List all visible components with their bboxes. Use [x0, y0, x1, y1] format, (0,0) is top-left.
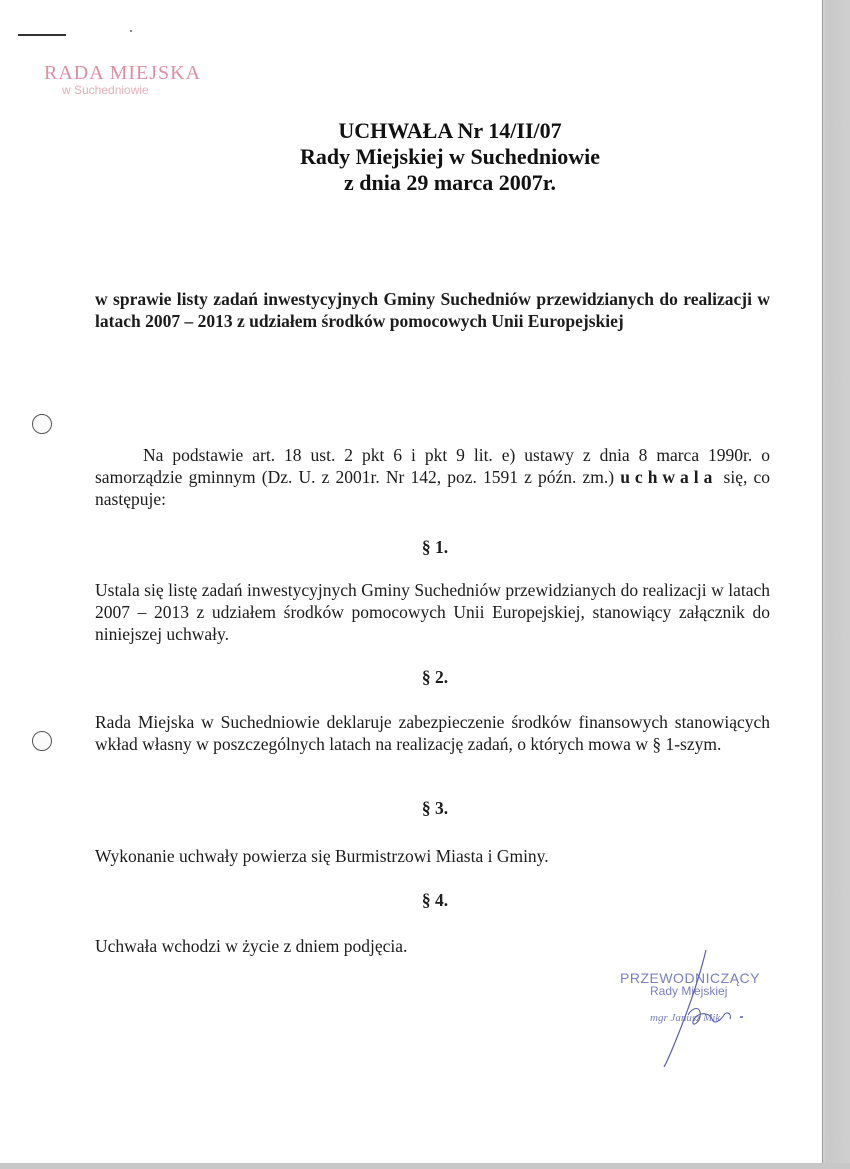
punch-hole-icon	[32, 414, 52, 434]
punch-hole-icon	[32, 731, 52, 751]
stamp-subtitle: w Suchedniowie	[62, 83, 201, 97]
scanned-document-page: RADA MIEJSKA w Suchedniowie UCHWAŁA Nr 1…	[0, 0, 850, 1169]
resolution-subject: w sprawie listy zadań inwestycyjnych Gmi…	[95, 288, 770, 332]
section-text-2: Rada Miejska w Suchedniowie deklaruje za…	[95, 711, 770, 755]
scanner-edge-line	[822, 0, 823, 1169]
uchwala-emphasis: uchwala	[620, 467, 717, 487]
stamp-title: RADA MIEJSKA	[44, 62, 201, 85]
section-text-3: Wykonanie uchwały powierza się Burmistrz…	[95, 845, 770, 867]
council-stamp: RADA MIEJSKA w Suchedniowie	[44, 62, 201, 97]
resolution-issuer: Rady Miejskiej w Suchedniowie	[200, 144, 700, 170]
section-mark-1: § 1.	[0, 537, 850, 558]
section-mark-3: § 3.	[0, 798, 850, 819]
scan-mark	[18, 34, 66, 36]
scanner-edge	[822, 0, 850, 1169]
section-text-1: Ustala się listę zadań inwestycyjnych Gm…	[95, 579, 770, 645]
handwritten-signature-icon	[640, 945, 760, 1075]
legal-basis-paragraph: Na podstawie art. 18 ust. 2 pkt 6 i pkt …	[95, 444, 770, 510]
resolution-date: z dnia 29 marca 2007r.	[200, 170, 700, 196]
section-mark-4: § 4.	[0, 890, 850, 911]
resolution-number: UCHWAŁA Nr 14/II/07	[200, 118, 700, 144]
scan-dot	[130, 30, 132, 32]
section-mark-2: § 2.	[0, 667, 850, 688]
scanner-bottom-edge	[0, 1163, 850, 1169]
resolution-header: UCHWAŁA Nr 14/II/07 Rady Miejskiej w Suc…	[200, 118, 700, 196]
